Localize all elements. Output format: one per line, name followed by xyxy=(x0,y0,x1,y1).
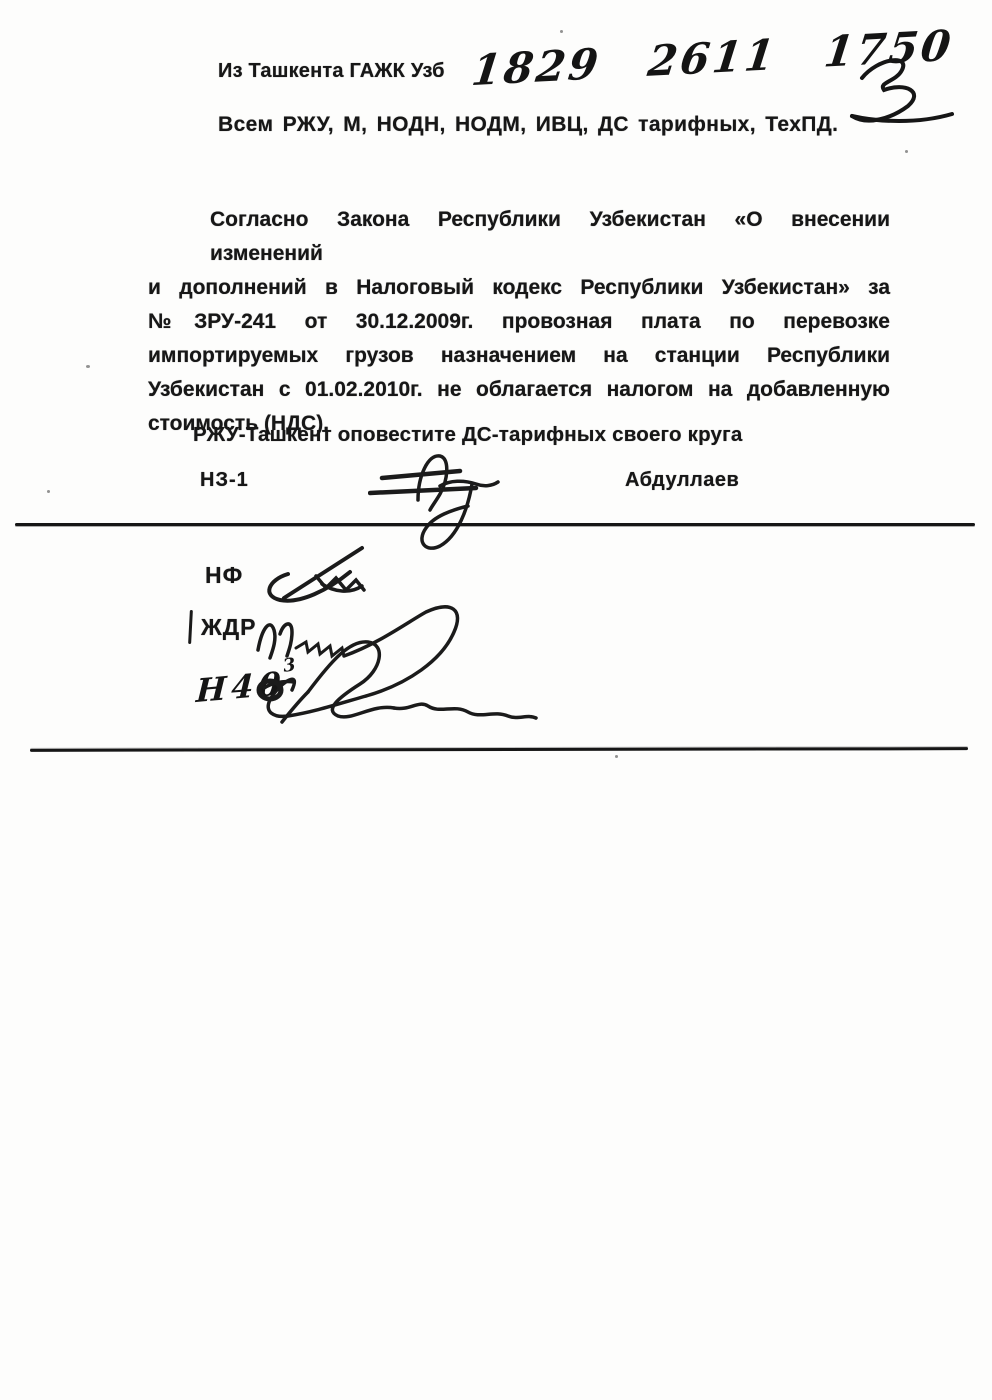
signer-name: Абдуллаев xyxy=(625,469,739,492)
separator-line-top xyxy=(15,523,975,526)
handwritten-flourish xyxy=(848,52,958,132)
separator-line-bottom xyxy=(30,747,968,752)
position-code: НЗ-1 xyxy=(200,469,249,492)
zhdr-vertical-stroke xyxy=(188,610,193,644)
scan-speck xyxy=(615,755,618,758)
nf-label: НФ xyxy=(205,562,243,589)
paragraph-line: и дополнений в Налоговый кодекс Республи… xyxy=(148,271,890,305)
paragraph-line: Узбекистан с 01.02.2010г. не облагается … xyxy=(148,373,890,407)
signature-n40 xyxy=(242,632,542,742)
paragraph-line: №ЗРУ-241 от 30.12.2009г. провозная плата… xyxy=(148,305,890,339)
body-paragraph: Согласно Закона Республики Узбекистан «О… xyxy=(148,203,890,441)
scan-speck xyxy=(47,490,50,493)
from-line: Из Ташкента ГАЖК Узб xyxy=(218,60,445,83)
scanned-document-page: Из Ташкента ГАЖК Узб 1829 2611 1750 Всем… xyxy=(0,0,992,1400)
scan-speck xyxy=(905,150,908,153)
scan-speck xyxy=(560,30,563,33)
paragraph-line: Согласно Закона Республики Узбекистан «О… xyxy=(148,203,890,271)
recipients-line: Всем РЖУ, М, НОДН, НОДМ, ИВЦ, ДС тарифны… xyxy=(218,113,838,137)
scan-speck xyxy=(86,365,90,368)
paragraph-line: импортируемых грузов назначением на стан… xyxy=(148,339,890,373)
